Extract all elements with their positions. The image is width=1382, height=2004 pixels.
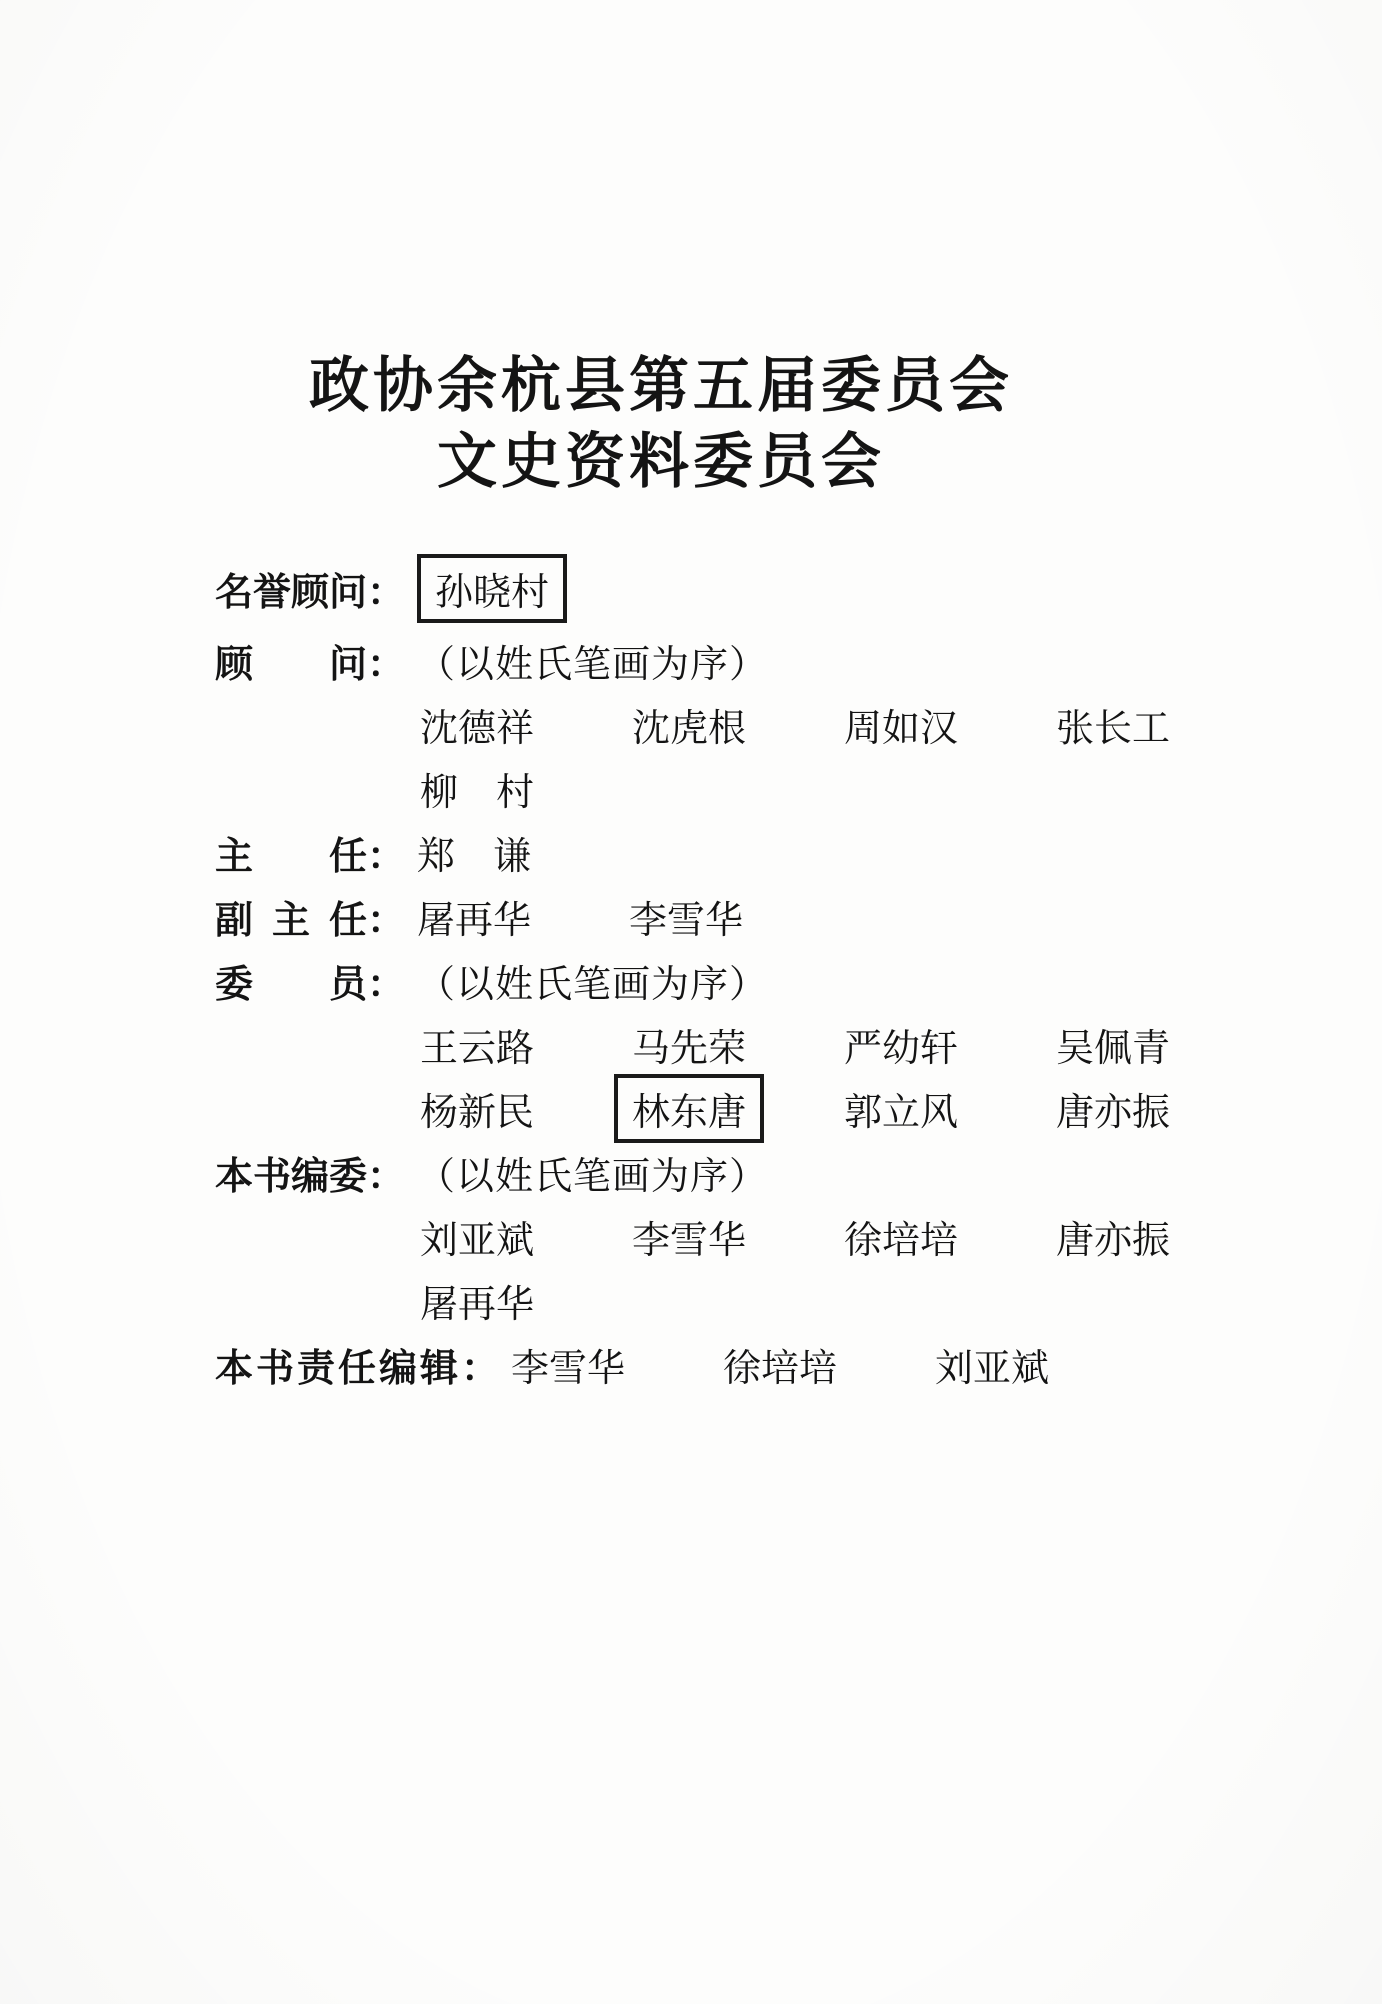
person-name: 唐亦振: [1056, 1081, 1170, 1136]
scanned-document-page: 政协余杭县第五届委员会 文史资料委员会 名誉顾问 ： 孙晓村 顾问 ： （以姓氏…: [0, 0, 1382, 2004]
document-title: 政协余杭县第五届委员会 文史资料委员会: [186, 348, 1136, 500]
row-director: 主任 ： 郑 谦: [215, 820, 1170, 884]
label-colon: ：: [461, 1337, 501, 1392]
person-name: 刘亚斌: [420, 1209, 632, 1264]
row-member-names-2: 杨新民 林东唐 郭立风 唐亦振: [215, 1076, 1170, 1140]
director-label: 主任: [215, 825, 367, 880]
title-line-1: 政协余杭县第五届委员会: [186, 348, 1136, 424]
honorary-advisor-name-boxed: 孙晓村: [417, 554, 567, 623]
person-name: 屠再华: [417, 889, 629, 944]
sort-order-note: （以姓氏笔画为序）: [417, 633, 768, 688]
person-name: 郭立风: [844, 1081, 1056, 1136]
row-advisor-names-1: 沈德祥 沈虎根 周如汉 张长工: [215, 692, 1170, 756]
row-members: 委员 ： （以姓氏笔画为序）: [215, 948, 1170, 1012]
person-name: 王云路: [420, 1017, 632, 1072]
person-name: 周如汉: [844, 697, 1056, 752]
label-colon: ：: [367, 825, 407, 880]
person-name: 李雪华: [629, 889, 743, 944]
title-line-2: 文史资料委员会: [186, 424, 1136, 500]
person-name: 杨新民: [420, 1081, 632, 1136]
label-colon: ：: [367, 561, 407, 616]
person-name-boxed: 林东唐: [614, 1074, 764, 1143]
person-name: 柳 村: [420, 761, 534, 816]
person-name: 李雪华: [511, 1337, 723, 1392]
row-editorial-board-names-2: 屠再华: [215, 1268, 1170, 1332]
person-name: 刘亚斌: [935, 1337, 1049, 1392]
row-editorial-board-names-1: 刘亚斌 李雪华 徐培培 唐亦振: [215, 1204, 1170, 1268]
boxed-member-name-wrap: 林东唐: [632, 1074, 844, 1143]
person-name: 郑 谦: [417, 825, 531, 880]
sort-order-note: （以姓氏笔画为序）: [417, 1145, 768, 1200]
person-name: 徐培培: [844, 1209, 1056, 1264]
row-honorary-advisor: 名誉顾问 ： 孙晓村: [215, 556, 1170, 620]
row-deputy-directors: 副主任 ： 屠再华 李雪华: [215, 884, 1170, 948]
person-name: 张长工: [1056, 697, 1170, 752]
label-colon: ：: [367, 889, 407, 944]
deputy-directors-label: 副主任: [215, 889, 367, 944]
label-colon: ：: [367, 953, 407, 1008]
person-name: 严幼轩: [844, 1017, 1056, 1072]
person-name: 沈虎根: [632, 697, 844, 752]
row-advisors: 顾问 ： （以姓氏笔画为序）: [215, 628, 1170, 692]
label-colon: ：: [367, 633, 407, 688]
sort-order-note: （以姓氏笔画为序）: [417, 953, 768, 1008]
person-name: 徐培培: [723, 1337, 935, 1392]
honorary-advisor-label: 名誉顾问: [215, 561, 367, 616]
person-name: 沈德祥: [420, 697, 632, 752]
row-member-names-1: 王云路 马先荣 严幼轩 吴佩青: [215, 1012, 1170, 1076]
person-name: 屠再华: [420, 1273, 534, 1328]
row-editorial-board: 本书编委 ： （以姓氏笔画为序）: [215, 1140, 1170, 1204]
person-name: 李雪华: [632, 1209, 844, 1264]
advisors-label: 顾问: [215, 633, 367, 688]
person-name: 唐亦振: [1056, 1209, 1170, 1264]
editorial-board-label: 本书编委: [215, 1145, 367, 1200]
row-advisor-names-2: 柳 村: [215, 756, 1170, 820]
person-name: 吴佩青: [1056, 1017, 1170, 1072]
members-label: 委员: [215, 953, 367, 1008]
row-responsible-editors: 本书责任编辑 ： 李雪华 徐培培 刘亚斌: [215, 1332, 1170, 1396]
responsible-editors-label: 本书责任编辑: [215, 1337, 461, 1392]
label-colon: ：: [367, 1145, 407, 1200]
person-name: 马先荣: [632, 1017, 844, 1072]
committee-roster: 名誉顾问 ： 孙晓村 顾问 ： （以姓氏笔画为序） 沈德祥 沈虎根 周如汉 张长…: [215, 556, 1170, 1396]
